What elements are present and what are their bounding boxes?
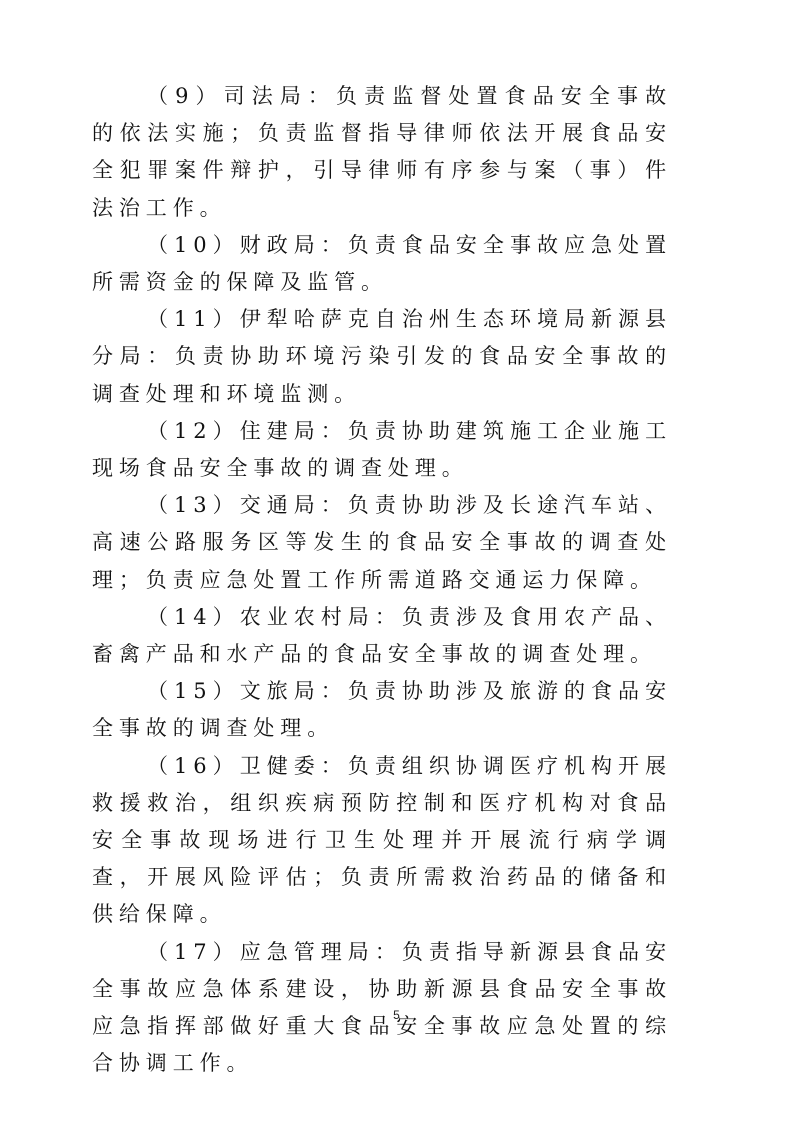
page-number: 5 — [0, 1008, 793, 1022]
document-body: （9）司法局：负责监督处置食品安全事故的依法实施；负责监督指导律师依法开展食品安… — [92, 78, 672, 1082]
paragraph-culture-tourism-bureau: （15）文旅局：负责协助涉及旅游的食品安全事故的调查处理。 — [92, 673, 672, 747]
paragraph-health-commission: （16）卫健委：负责组织协调医疗机构开展救援救治，组织疾病预防控制和医疗机构对食… — [92, 748, 672, 934]
paragraph-ecology-environment-bureau: （11）伊犁哈萨克自治州生态环境局新源县分局：负责协助环境污染引发的食品安全事故… — [92, 301, 672, 413]
paragraph-judicial-bureau: （9）司法局：负责监督处置食品安全事故的依法实施；负责监督指导律师依法开展食品安… — [92, 78, 672, 227]
paragraph-agriculture-bureau: （14）农业农村局：负责涉及食用农产品、畜禽产品和水产品的食品安全事故的调查处理… — [92, 599, 672, 673]
paragraph-finance-bureau: （10）财政局：负责食品安全事故应急处置所需资金的保障及监管。 — [92, 227, 672, 301]
paragraph-transport-bureau: （13）交通局：负责协助涉及长途汽车站、高速公路服务区等发生的食品安全事故的调查… — [92, 487, 672, 599]
paragraph-housing-construction-bureau: （12）住建局：负责协助建筑施工企业施工现场食品安全事故的调查处理。 — [92, 413, 672, 487]
